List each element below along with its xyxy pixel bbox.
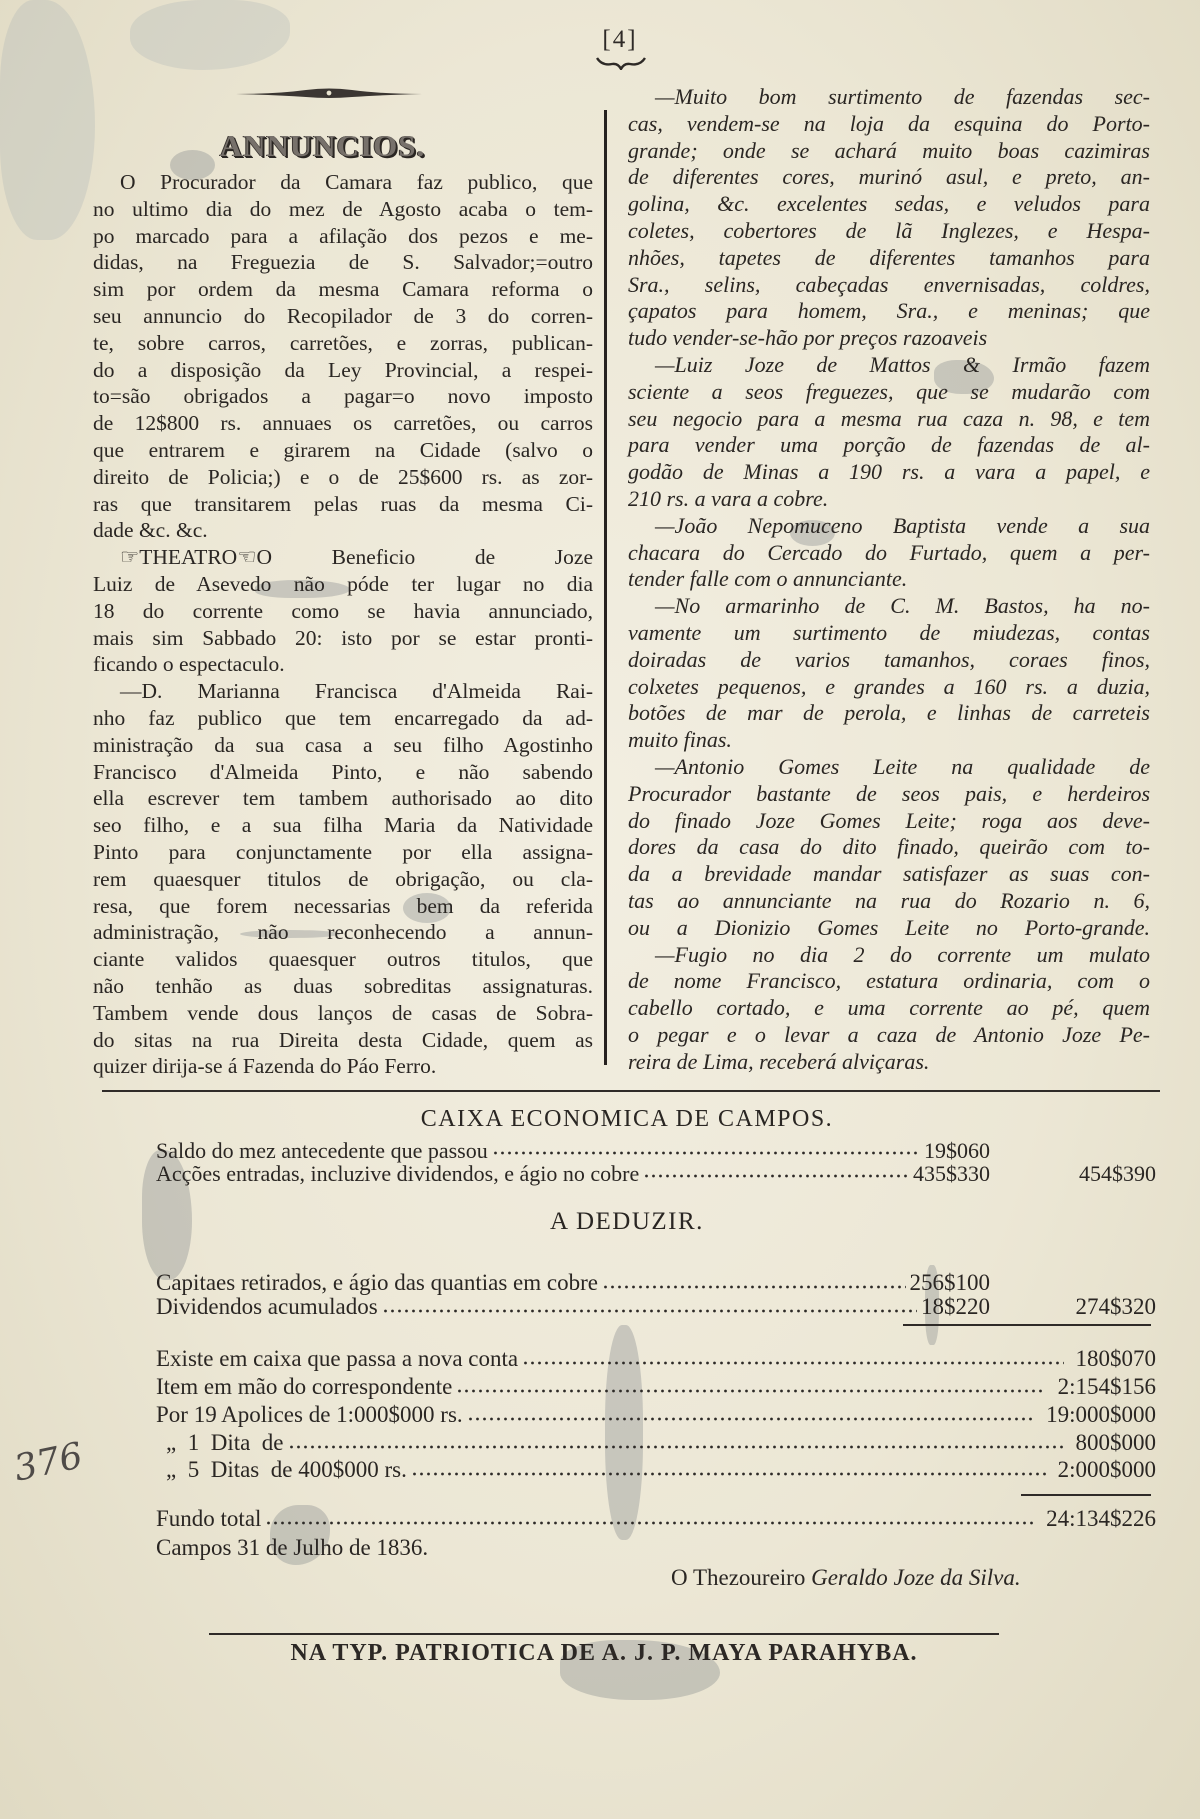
text-line: seu negocio para a mesma rua caza n. 98,…: [628, 406, 1150, 433]
place-date: Campos 31 de Julho de 1836.: [156, 1535, 1156, 1561]
dot-leader: [456, 1388, 1045, 1394]
text-line: 18 do corrente como se havia annunciado,: [93, 598, 593, 625]
text-line: dores da casa do dito finado, queirão co…: [628, 834, 1150, 861]
row-amount: 435$330: [913, 1162, 990, 1185]
dot-leader: [492, 1150, 920, 1156]
text-line: reira de Lima, receberá alviçaras.: [628, 1049, 1150, 1076]
text-line: —Antonio Gomes Leite na qualidade de: [628, 754, 1150, 781]
signature: O Thezoureiro Geraldo Joze da Silva.: [671, 1565, 1021, 1591]
text-line: Pinto para conjunctamente por ella assig…: [93, 839, 593, 866]
text-line: quizer dirija-se á Fazenda do Páo Ferro.: [93, 1053, 593, 1080]
text-line: Tambem vende dous lanços de casas de Sob…: [93, 1000, 593, 1027]
row-label: „ 1 Dita de: [166, 1430, 284, 1456]
row-label: Acções entradas, incluzive dividendos, e…: [156, 1162, 639, 1185]
imprint-rule: [209, 1633, 999, 1635]
text-line: didas, na Freguezia de S. Salvador;=outr…: [93, 249, 593, 276]
text-line: coletes, cobertores de lã Inglezes, e He…: [628, 218, 1150, 245]
text-line: cas, vendem-se na loja da esquina do Por…: [628, 111, 1150, 138]
text-line: ella escrever tem tambem authorisado ao …: [93, 785, 593, 812]
text-line: vamente um surtimento de miudezas, conta…: [628, 620, 1150, 647]
text-line: —Fugio no dia 2 do corrente um mulato: [628, 942, 1150, 969]
text-line: ☞THEATRO☜O Beneficio de Joze: [93, 544, 593, 571]
text-line: mais sim Sabbado 20: isto por se estar p…: [93, 625, 593, 652]
text-line: cabello cortado, e uma corrente ao pé, q…: [628, 995, 1150, 1022]
signature-name: Geraldo Joze da Silva.: [811, 1565, 1021, 1590]
text-line: da a brevidade mandar satisfazer as suas…: [628, 861, 1150, 888]
text-line: de 12$800 rs. annuaes os carretões, ou c…: [93, 410, 593, 437]
text-line: —João Nepomuceno Baptista vende a sua: [628, 513, 1150, 540]
text-line: Procurador bastante de seos pais, e herd…: [628, 781, 1150, 808]
notice-mattos: —Luiz Joze de Mattos & Irmão fazem scien…: [628, 352, 1150, 513]
text-line: administração, não reconhecendo a annun-: [93, 919, 593, 946]
row-total: 2:000$000: [1050, 1457, 1156, 1483]
text-line: sim por ordem da mesma Camara reforma o: [93, 276, 593, 303]
text-line: Sra., selins, cabeçadas envernisadas, co…: [628, 272, 1150, 299]
dot-leader: [288, 1444, 1064, 1450]
row-label: Dividendos acumulados: [156, 1294, 378, 1320]
text-line: botões de mar de perola, e linhas de car…: [628, 700, 1150, 727]
text-line: çapatos para homem, Sra., e meninas; que: [628, 298, 1150, 325]
text-line: te, sobre carros, carretões, e zorras, p…: [93, 330, 593, 357]
dot-leader: [467, 1416, 1034, 1422]
text-line: do a disposição da Ley Provincial, a res…: [93, 357, 593, 384]
text-line: to=são obrigados a pagar=o novo imposto: [93, 383, 593, 410]
text-line: tender falle com o annunciante.: [628, 566, 1150, 593]
row-amount: 18$220: [921, 1294, 990, 1320]
text-line: sciente a seos freguezes, que se mudarão…: [628, 379, 1150, 406]
row-amount: 256$100: [910, 1270, 991, 1296]
text-line: do sitas na rua Direita desta Cidade, qu…: [93, 1027, 593, 1054]
text-line: dade &c. &c.: [93, 517, 593, 544]
row-total: 180$070: [1068, 1346, 1157, 1372]
balance-row: „ 1 Dita de 800$000: [156, 1430, 1156, 1456]
rule-ornament-icon: [236, 86, 422, 100]
text-line: seo filho, e a sua filha Maria da Nativi…: [93, 812, 593, 839]
text-line: doiradas de varios tamanhos, coraes fino…: [628, 647, 1150, 674]
text-line: ou a Dionizio Gomes Leite no Porto-grand…: [628, 915, 1150, 942]
text-line: resa, que forem necessarias bem da refer…: [93, 893, 593, 920]
text-line: no ultimo dia do mez de Agosto acaba o t…: [93, 196, 593, 223]
text-line: seu annuncio do Recopilador de 3 do corr…: [93, 303, 593, 330]
fund-total-row: Fundo total 24:134$226: [156, 1506, 1156, 1532]
text-line: ras que transitarem pelas ruas da mesma …: [93, 491, 593, 518]
text-line: —Muito bom surtimento de fazendas sec-: [628, 84, 1150, 111]
dot-leader: [643, 1173, 909, 1179]
left-column: O Procurador da Camara faz publico, que …: [93, 169, 593, 1080]
text-line: grande; onde se achará muito boas cazimi…: [628, 138, 1150, 165]
dot-leader: [411, 1471, 1046, 1477]
row-amount: 19$060: [924, 1139, 990, 1162]
row-label: „ 5 Ditas de 400$000 rs.: [166, 1457, 407, 1483]
row-total: 800$000: [1068, 1430, 1157, 1456]
text-line: direito de Policia;) e o de 25$600 rs. a…: [93, 464, 593, 491]
signature-title: O Thezoureiro: [671, 1565, 811, 1590]
notice-armarinho: —No armarinho de C. M. Bastos, ha no- va…: [628, 593, 1150, 754]
text-line: golina, &c. excelentes sedas, e veludos …: [628, 191, 1150, 218]
text-line: nho faz publico que tem encarregado da a…: [93, 705, 593, 732]
section-divider: [102, 1090, 1160, 1092]
water-stain: [0, 0, 95, 240]
notice-theatro: ☞THEATRO☜O Beneficio de Joze Luiz de Ase…: [93, 544, 593, 678]
notice-chacara: —João Nepomuceno Baptista vende a sua ch…: [628, 513, 1150, 593]
text-line: que entrarem e girarem na Cidade (salvo …: [93, 437, 593, 464]
place-date-text: Campos 31 de Julho de 1836.: [156, 1535, 428, 1561]
right-column: —Muito bom surtimento de fazendas sec- c…: [628, 84, 1150, 1075]
deduction-row: Dividendos acumulados 18$220 274$320: [156, 1294, 1156, 1320]
row-label: Fundo total: [156, 1506, 261, 1532]
water-stain: [130, 0, 290, 70]
credit-row: Saldo do mez antecedente que passou 19$0…: [156, 1139, 1156, 1162]
printer-imprint: NA TYP. PATRIOTICA DE A. J. P. MAYA PARA…: [209, 1640, 999, 1667]
brace-ornament-icon: [596, 56, 646, 70]
dot-leader: [265, 1520, 1034, 1526]
subtotal-rule: [903, 1324, 1151, 1326]
row-label: Existe em caixa que passa a nova conta: [156, 1346, 518, 1372]
text-line: nhões, tapetes de diferentes tamanhos pa…: [628, 245, 1150, 272]
row-label: Item em mão do correspondente: [156, 1374, 452, 1400]
text-line: —No armarinho de C. M. Bastos, ha no-: [628, 593, 1150, 620]
row-label: Por 19 Apolices de 1:000$000 rs.: [156, 1402, 463, 1428]
newspaper-page: [4] ANNUNCIOS. O Procurador da Camara fa…: [0, 0, 1200, 1819]
accounts-title: CAIXA ECONOMICA DE CAMPOS.: [377, 1106, 877, 1133]
row-label: Capitaes retirados, e ágio das quantias …: [156, 1270, 598, 1296]
text-line: —Luiz Joze de Mattos & Irmão fazem: [628, 352, 1150, 379]
text-line: 210 rs. a vara a cobre.: [628, 486, 1150, 513]
notice-camara: O Procurador da Camara faz publico, que …: [93, 169, 593, 544]
dot-leader: [602, 1284, 906, 1290]
balance-row: „ 5 Ditas de 400$000 rs. 2:000$000: [156, 1457, 1156, 1483]
balance-row: Item em mão do correspondente 2:154$156: [156, 1374, 1156, 1400]
text-line: de diferentes cores, murinó asul, e pret…: [628, 164, 1150, 191]
text-line: —D. Marianna Francisca d'Almeida Rai-: [93, 678, 593, 705]
row-total: 19:000$000: [1038, 1402, 1156, 1428]
row-total: 2:154$156: [1050, 1374, 1156, 1400]
text-line: para vender uma porção de fazendas de al…: [628, 432, 1150, 459]
row-total: 274$320: [990, 1294, 1156, 1320]
text-line: tas ao annunciante na rua do Rozario n. …: [628, 888, 1150, 915]
column-divider: [604, 110, 607, 1065]
section-heading: ANNUNCIOS.: [190, 128, 455, 164]
text-line: godão de Minas a 190 rs. a vara a papel,…: [628, 459, 1150, 486]
notice-marianna: —D. Marianna Francisca d'Almeida Rai- nh…: [93, 678, 593, 1080]
notice-gomes-leite: —Antonio Gomes Leite na qualidade de Pro…: [628, 754, 1150, 942]
page-number: [4]: [598, 26, 642, 54]
text-line: muito finas.: [628, 727, 1150, 754]
text-line: po marcado para a afilação dos pezos e m…: [93, 223, 593, 250]
notice-fugio: —Fugio no dia 2 do corrente um mulato de…: [628, 942, 1150, 1076]
deduct-heading: A DEDUZIR.: [377, 1208, 877, 1236]
text-line: colxetes pequenos, e grandes a 160 rs. a…: [628, 674, 1150, 701]
notice-fazendas: —Muito bom surtimento de fazendas sec- c…: [628, 84, 1150, 352]
credit-row: Acções entradas, incluzive dividendos, e…: [156, 1162, 1156, 1185]
text-line: Luiz de Asevedo não póde ter lugar no di…: [93, 571, 593, 598]
row-label: Saldo do mez antecedente que passou: [156, 1139, 488, 1162]
total-rule: [1021, 1494, 1151, 1496]
balance-row: Por 19 Apolices de 1:000$000 rs. 19:000$…: [156, 1402, 1156, 1428]
dot-leader: [522, 1360, 1063, 1366]
text-line: Francisco d'Almeida Pinto, e não sabendo: [93, 759, 593, 786]
text-line: rem quaesquer titulos de obrigação, ou c…: [93, 866, 593, 893]
balance-row: Existe em caixa que passa a nova conta 1…: [156, 1346, 1156, 1372]
text-line: tudo vender-se-hão por preços razoaveis: [628, 325, 1150, 352]
text-line: ciante validos quaesquer outros titulos,…: [93, 946, 593, 973]
text-line: ministração da sua casa a seu filho Agos…: [93, 732, 593, 759]
row-total: 454$390: [990, 1162, 1156, 1185]
handwritten-margin-note: 376: [10, 1435, 86, 1489]
text-line: não tenhão as duas sobreditas assignatur…: [93, 973, 593, 1000]
text-line: do finado Joze Gomes Leite; roga aos dev…: [628, 808, 1150, 835]
dot-leader: [382, 1308, 917, 1314]
deduction-row: Capitaes retirados, e ágio das quantias …: [156, 1270, 1156, 1296]
text-line: O Procurador da Camara faz publico, que: [93, 169, 593, 196]
text-line: chacara do Cercado do Furtado, quem a pe…: [628, 540, 1150, 567]
text-line: ficando o espectaculo.: [93, 651, 593, 678]
text-line: de nome Francisco, estatura ordinaria, c…: [628, 968, 1150, 995]
row-total: 24:134$226: [1038, 1506, 1156, 1532]
text-line: o pegar e o levar a caza de Antonio Joze…: [628, 1022, 1150, 1049]
